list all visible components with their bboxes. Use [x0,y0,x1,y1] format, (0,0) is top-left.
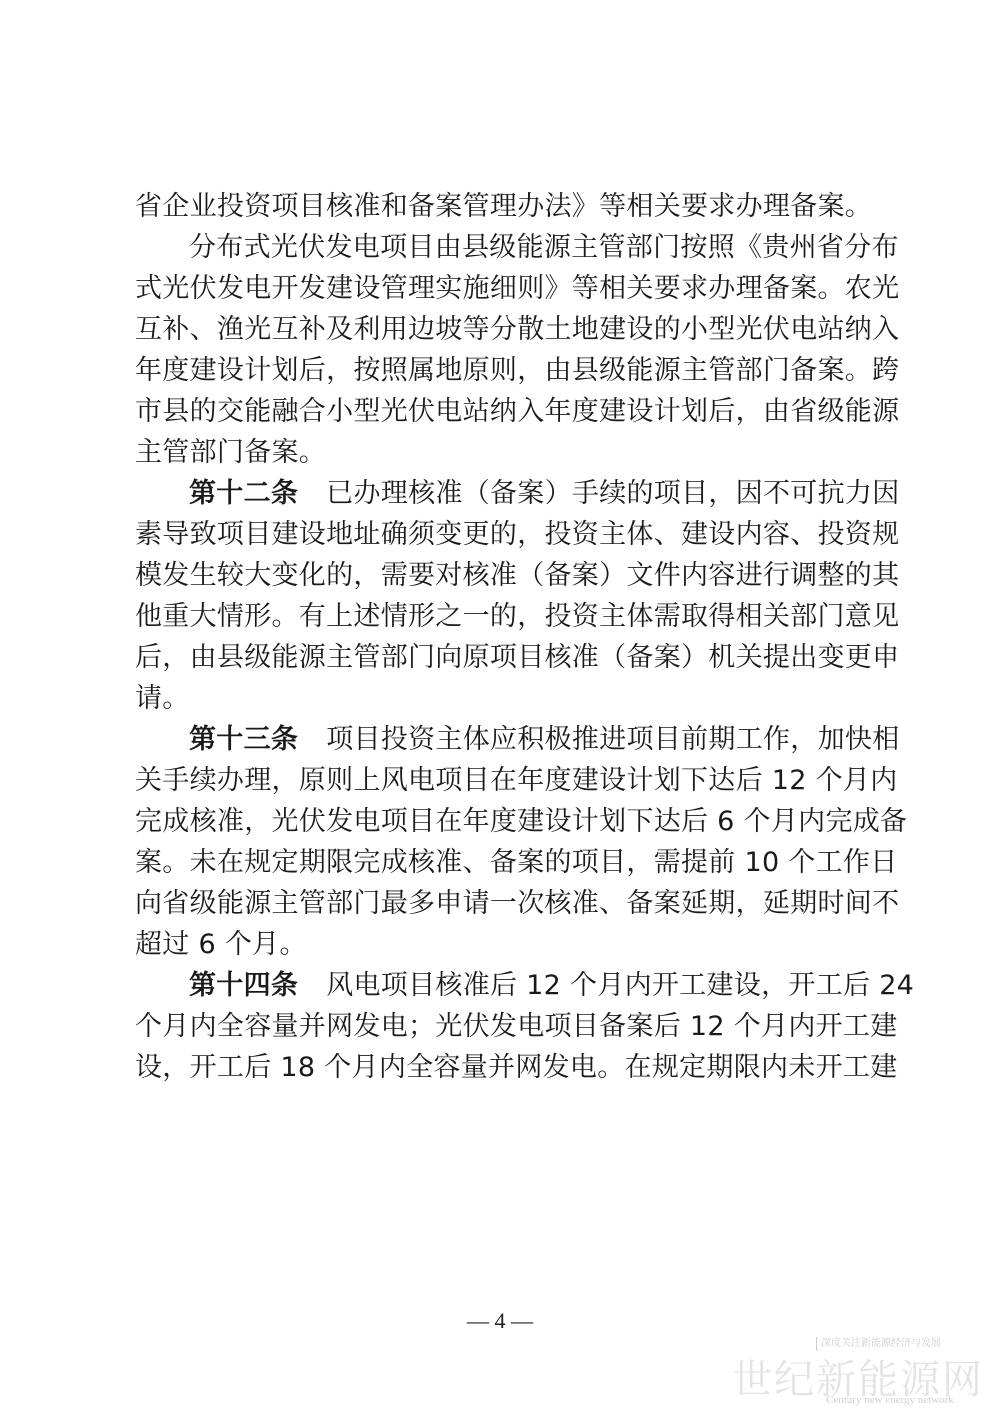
text-line: 完成核准，光伏发电项目在年度建设计划下达后 6 个月内完成备 [135,801,877,842]
text-line: 设，开工后 18 个月内全容量并网发电。在规定期限内未开工建 [135,1047,877,1088]
text-line: 关手续办理，原则上风电项目在年度建设计划下达后 12 个月内 [135,760,877,801]
text-line: 案。未在规定期限完成核准、备案的项目，需提前 10 个工作日 [135,842,877,883]
text-line: 风电项目核准后 12 个月内开工建设，开工后 24 [326,970,914,1001]
text-line: 项目投资主体应积极推进项目前期工作，加快相 [326,724,899,755]
text-line: 超过 6 个月。 [135,924,877,965]
text-line: 他重大情形。有上述情形之一的，投资主体需取得相关部门意见 [135,596,877,637]
text-line: 式光伏发电开发建设管理实施细则》等相关要求办理备案。农光 [135,268,877,309]
article-12-first-line: 第十二条已办理核准（备案）手续的项目，因不可抗力因 [135,473,877,514]
text-line: 省企业投资项目核准和备案管理办法》等相关要求办理备案。 [135,186,877,227]
text-line: 年度建设计划后，按照属地原则，由县级能源主管部门备案。跨 [135,350,877,391]
article-14-first-line: 第十四条风电项目核准后 12 个月内开工建设，开工后 24 [135,965,877,1006]
text-line: 主管部门备案。 [135,432,877,473]
text-line: 分布式光伏发电项目由县级能源主管部门按照《贵州省分布 [135,227,877,268]
text-line: 模发生较大变化的，需要对核准（备案）文件内容进行调整的其 [135,555,877,596]
text-line: 请。 [135,678,877,719]
article-title: 第十二条 [189,478,298,509]
text-line: 已办理核准（备案）手续的项目，因不可抗力因 [326,478,899,509]
document-body: 省企业投资项目核准和备案管理办法》等相关要求办理备案。 分布式光伏发电项目由县级… [135,186,877,1088]
text-line: 后，由县级能源主管部门向原项目核准（备案）机关提出变更申 [135,637,877,678]
watermark-subtitle: Century new energy network [826,1394,986,1406]
article-title: 第十四条 [189,970,298,1001]
text-line: 市县的交能融合小型光伏电站纳入年度建设计划后，由省级能源 [135,391,877,432]
text-line: 素导致项目建设地址确须变更的，投资主体、建设内容、投资规 [135,514,877,555]
text-line: 互补、渔光互补及利用边坡等分散土地建设的小型光伏电站纳入 [135,309,877,350]
article-13-first-line: 第十三条项目投资主体应积极推进项目前期工作，加快相 [135,719,877,760]
article-title: 第十三条 [189,724,298,755]
text-line: 向省级能源主管部门最多申请一次核准、备案延期，延期时间不 [135,883,877,924]
page-number: — 4 — [0,1308,1000,1334]
text-line: 个月内全容量并网发电；光伏发电项目备案后 12 个月内开工建 [135,1006,877,1047]
